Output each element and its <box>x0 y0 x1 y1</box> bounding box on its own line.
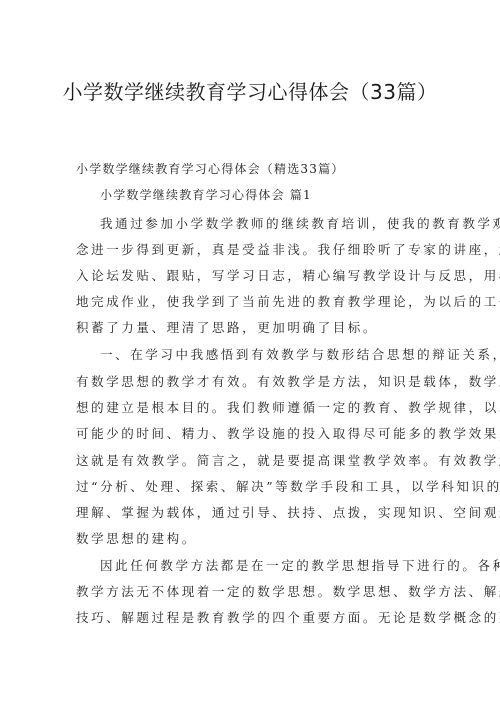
paragraph-line: 入论坛发贴、跟贴，写学习日志，精心编写教学设计与反思，用心 <box>76 266 500 284</box>
paragraph-line: 理解、掌握为载体，通过引导、扶持、点拨，实现知识、空间观念、 <box>76 503 500 521</box>
paragraph-line: 地完成作业，使我学到了当前先进的教育教学理论，为以后的工作 <box>76 292 500 310</box>
document-title: 小学数学继续教育学习心得体会（33篇） <box>0 76 500 105</box>
paragraph-line: 有数学思想的教学才有效。有效教学是方法，知识是载体，数学思 <box>76 372 500 390</box>
document-page: 小学数学继续教育学习心得体会（33篇） 小学数学继续教育学习心得体会（精选33篇… <box>0 0 500 707</box>
paragraph-line: 数学思想的建构。 <box>76 529 197 547</box>
document-subtitle: 小学数学继续教育学习心得体会（精选33篇） <box>76 160 344 177</box>
paragraph-line: 积蓄了力量、理清了思路，更加明确了目标。 <box>76 318 378 336</box>
section-heading: 小学数学继续教育学习心得体会 篇1 <box>100 186 312 203</box>
paragraph-line: 这就是有效教学。简言之，就是要提高课堂教学效率。有效教学通 <box>76 451 500 469</box>
paragraph-line: 一、在学习中我感悟到有效教学与数形结合思想的辩证关系， <box>100 345 500 363</box>
paragraph-line: 过“分析、处理、探索、解决”等数学手段和工具，以学科知识的 <box>76 477 500 495</box>
paragraph-line: 技巧、解题过程是教育教学的四个重要方面。无论是数学概念的建 <box>76 608 500 626</box>
paragraph-line: 念进一步得到更新，真是受益非浅。我仔细聆听了专家的讲座，进 <box>76 240 500 258</box>
paragraph-line: 教学方法无不体现着一定的数学思想。数学思想、数学方法、解题 <box>76 582 500 600</box>
paragraph-line: 可能少的时间、精力、教学设施的投入取得尽可能多的教学效果， <box>76 424 500 442</box>
paragraph-line: 想的建立是根本目的。我们教师遵循一定的教育、教学规律，以尽 <box>76 398 500 416</box>
paragraph-line: 我通过参加小学数学教师的继续教育培训，使我的教育教学观 <box>100 214 500 232</box>
paragraph-line: 因此任何教学方法都是在一定的教学思想指导下进行的。各种 <box>100 556 500 574</box>
